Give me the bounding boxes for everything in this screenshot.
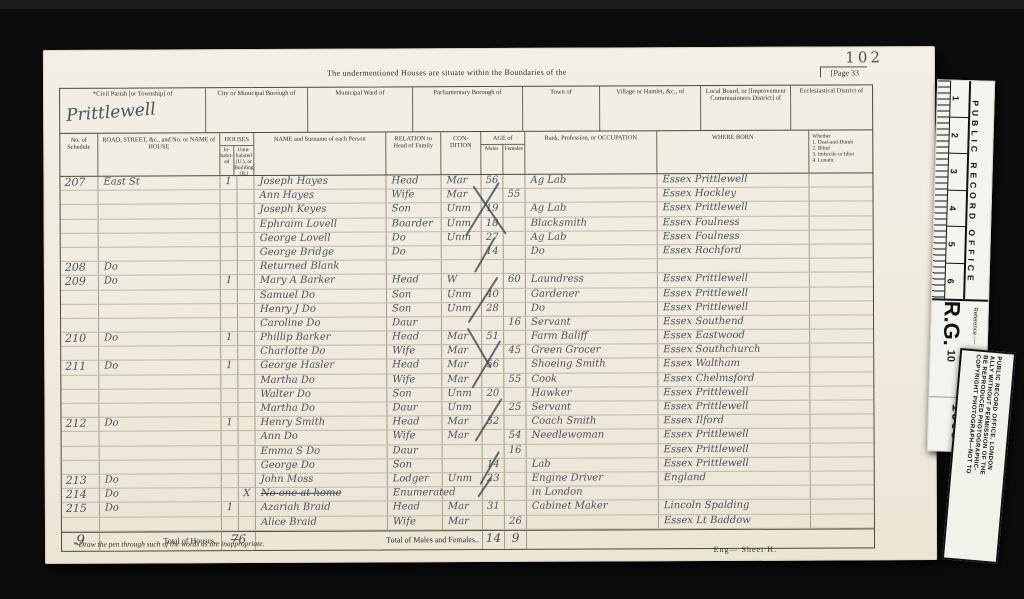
cell-relation: Daur (388, 445, 443, 458)
cell-occupation: Gardener (526, 288, 658, 302)
cell-occupation: Hawker (526, 387, 658, 401)
cell-infirmity (810, 386, 873, 399)
cell-schedule (62, 517, 100, 530)
cell-name: Mary A Barker (255, 275, 387, 289)
cell-relation: Head (387, 275, 442, 288)
cell-age-female: 16 (504, 317, 526, 330)
col-schedule: No. of Schedule (60, 134, 98, 176)
cell-road: Do (100, 488, 222, 502)
col-infirmity: Whether 1. Deaf-and-Dumb 2. Blind 3. Imb… (809, 130, 872, 172)
cell-name: Ann Hayes (254, 190, 386, 204)
cell-condition: Unm (442, 402, 482, 415)
cell-schedule (61, 248, 99, 261)
cell-age-female (505, 473, 527, 486)
cell-schedule (60, 191, 98, 204)
cell-condition: Mar (443, 501, 483, 514)
cell-name: George Bridge (255, 246, 387, 260)
cell-road (100, 517, 222, 531)
cell-relation: Son (387, 303, 442, 316)
cell-schedule: 212 (61, 418, 99, 431)
footnote: * Draw the pen through such of the words… (73, 539, 264, 549)
cell-relation: Head (388, 502, 443, 515)
col-relation: RELATION to Head of Family (386, 132, 441, 174)
cell-uninhabited (238, 247, 255, 260)
cell-inhabited (221, 318, 238, 331)
cell-infirmity (811, 457, 874, 470)
cell-age-male (483, 430, 505, 443)
cell-schedule (61, 205, 99, 218)
cell-uninhabited (238, 261, 255, 274)
cell-schedule (61, 233, 99, 246)
cell-occupation: Shoeing Smith (526, 359, 658, 373)
cell-schedule: 208 (61, 262, 99, 275)
cell-relation: Wife (387, 345, 442, 358)
cell-age-female (505, 459, 527, 472)
cell-road (99, 247, 221, 261)
cell-age-male (482, 260, 504, 273)
cell-where-born: Essex Lt Baddow (659, 514, 811, 528)
cell-schedule: 210 (61, 333, 99, 346)
cell-uninhabited (239, 460, 256, 473)
cell-age-female (504, 303, 526, 316)
cell-schedule (61, 290, 99, 303)
cell-uninhabited (237, 190, 254, 203)
cell-where-born: Essex Prittlewell (659, 443, 811, 457)
cell-road (99, 389, 221, 403)
table-rows: 207 East St 1 Joseph Hayes Head Mar 56 A… (60, 173, 874, 531)
cell-age-female: 16 (505, 444, 527, 457)
cell-inhabited: 1 (221, 332, 238, 345)
cell-road: Do (99, 275, 221, 289)
cell-occupation: Do (526, 245, 658, 259)
reference-series: R.G. (938, 300, 965, 346)
cell-schedule (61, 319, 99, 332)
cell-where-born: England (659, 472, 811, 486)
column-header-row: No. of Schedule ROAD, STREET, &c., and N… (60, 130, 872, 177)
cell-name: Alice Braid (256, 516, 388, 530)
cell-age-female: 54 (505, 430, 527, 443)
cell-inhabited (222, 517, 239, 530)
cell-uninhabited (237, 176, 254, 189)
cell-where-born: Essex Waltham (658, 358, 810, 372)
cell-infirmity (810, 202, 873, 215)
cell-age-male (483, 487, 505, 500)
total-males-females-label: Total of Males and Females.. (256, 531, 483, 550)
cell-age-female: 55 (503, 189, 525, 202)
cell-age-female (505, 487, 527, 500)
cell-road: Do (100, 474, 222, 488)
cell-uninhabited (238, 290, 255, 303)
page-label: [Page 33 (820, 66, 867, 77)
cell-relation: Head (387, 331, 442, 344)
cell-infirmity (810, 216, 873, 229)
cell-age-female (504, 246, 526, 259)
cell-relation: Do (387, 232, 442, 245)
cell-road: East St (98, 176, 220, 190)
cell-where-born: Essex Prittlewell (658, 401, 810, 415)
cell-name: Returned Blank (255, 261, 387, 275)
folio-stamp: 102 (845, 48, 883, 66)
cell-condition (443, 487, 483, 500)
cell-inhabited (221, 290, 238, 303)
cell-infirmity (810, 415, 873, 428)
cell-road: Do (99, 361, 221, 375)
cell-relation: Son (387, 204, 442, 217)
cell-uninhabited (238, 403, 255, 416)
cell-inhabited (221, 304, 238, 317)
cell-schedule: 207 (60, 177, 98, 190)
cell-inhabited (221, 233, 238, 246)
cell-uninhabited (239, 474, 256, 487)
cell-infirmity (811, 429, 874, 442)
cell-occupation: Laundress (526, 274, 658, 288)
cell-inhabited: 1 (221, 275, 238, 288)
cell-uninhabited (239, 517, 256, 530)
cell-where-born: Essex Prittlewell (658, 273, 810, 287)
cell-occupation: Ag Lab (526, 231, 658, 245)
cell-age-male (482, 374, 504, 387)
cell-road: Do (99, 332, 221, 346)
district-header-row: *Civil Parish [or Township] of Prittlewe… (60, 85, 872, 134)
col-age-males: Males (481, 145, 503, 174)
cell-age-female (504, 232, 526, 245)
cell-infirmity (811, 485, 874, 498)
cell-where-born: Lincoln Spalding (659, 500, 811, 514)
cell-relation: Head (387, 416, 442, 429)
cell-inhabited (222, 488, 239, 501)
cell-road: Do (100, 502, 222, 516)
cell-occupation: Cabinet Maker (527, 501, 659, 515)
cell-uninhabited (238, 389, 255, 402)
cell-where-born: Essex Prittlewell (659, 429, 811, 443)
cell-infirmity (811, 471, 874, 484)
cell-road (99, 346, 221, 360)
cell-occupation: Do (526, 302, 658, 316)
cell-relation: Daur (387, 402, 442, 415)
cell-schedule (61, 347, 99, 360)
cell-schedule: 215 (62, 503, 100, 516)
cell-condition: Unm (442, 388, 482, 401)
cell-infirmity (809, 188, 872, 201)
cell-relation: Son (387, 388, 442, 401)
cell-name: Emma S Do (256, 445, 388, 459)
cell-name: Azariah Braid (256, 502, 388, 516)
cell-name: John Moss (256, 473, 388, 487)
cell-uninhabited (238, 204, 255, 217)
cell-road (100, 432, 222, 446)
cell-uninhabited (238, 375, 255, 388)
cell-age-female (505, 501, 527, 514)
cell-road (99, 205, 221, 219)
cell-uninhabited: X (239, 488, 256, 501)
cell-age-female: 25 (504, 402, 526, 415)
cell-inhabited (222, 431, 239, 444)
cell-occupation: Ag Lab (525, 174, 657, 188)
cell-condition: W (442, 274, 482, 287)
cell-condition: Mar (442, 416, 482, 429)
cell-age-female: 45 (504, 345, 526, 358)
cell-road (99, 219, 221, 233)
cell-infirmity (810, 244, 873, 257)
cell-schedule (62, 460, 100, 473)
census-table: *Civil Parish [or Township] of Prittlewe… (59, 84, 875, 551)
cell-age-male: 28 (482, 303, 504, 316)
cell-name: George Hasler (255, 360, 387, 374)
field-town: Town of (523, 87, 600, 131)
total-females: 9 (505, 531, 527, 549)
cell-relation: Son (388, 459, 443, 472)
cell-infirmity (810, 230, 873, 243)
cell-condition: Mar (442, 345, 482, 358)
cell-uninhabited (238, 233, 255, 246)
cell-inhabited: 1 (221, 361, 238, 374)
sheet-label: Eng— Sheet H. (714, 545, 777, 554)
cell-occupation (526, 259, 658, 273)
photograph-background: 102 The undermentioned Houses are situat… (0, 0, 1024, 599)
cell-occupation: Blacksmith (526, 217, 658, 231)
field-parliamentary-borough: Parliamentary Borough of (413, 87, 523, 131)
cell-uninhabited (238, 332, 255, 345)
cell-occupation (525, 188, 657, 202)
cell-road (98, 190, 220, 204)
cell-schedule (62, 432, 100, 445)
total-males: 14 (483, 531, 505, 549)
cell-occupation (527, 515, 659, 529)
cell-name: Martha Do (255, 374, 387, 388)
cell-occupation: in London (527, 486, 659, 500)
cell-road (99, 233, 221, 247)
col-houses: HOUSES In-habit-ed Unin-habited (U.), or… (220, 133, 254, 175)
cell-condition: Mar (442, 359, 482, 372)
cell-relation: Boarder (387, 218, 442, 231)
cell-road (99, 403, 221, 417)
cell-where-born: Essex Prittlewell (658, 202, 810, 216)
col-road: ROAD, STREET, &c., and No. or NAME of HO… (98, 133, 220, 176)
cell-infirmity (810, 372, 873, 385)
col-where-born: WHERE BORN (657, 131, 809, 174)
cell-road: Do (99, 261, 221, 275)
cell-uninhabited (238, 360, 255, 373)
cell-name: Walter Do (255, 388, 387, 402)
cell-name: Ephraim Lovell (255, 218, 387, 232)
cell-name: No one at home (256, 488, 388, 502)
col-occupation: Rank, Profession, or OCCUPATION (525, 131, 657, 174)
cell-occupation: Ag Lab (526, 203, 658, 217)
table-topline: The undermentioned Houses are situate wi… (59, 66, 871, 86)
cell-condition (443, 459, 483, 472)
cell-infirmity (810, 315, 873, 328)
cell-age-female: 60 (504, 274, 526, 287)
cell-name: George Do (256, 459, 388, 473)
cell-where-born: Essex Rochford (658, 245, 810, 259)
cell-age-male: 31 (483, 501, 505, 514)
cell-condition (442, 246, 482, 259)
cell-age-female (504, 203, 526, 216)
cell-age-male (483, 515, 505, 528)
cell-where-born: Essex Ilford (658, 415, 810, 429)
cell-inhabited: 1 (222, 502, 239, 515)
cell-name: George Lovell (255, 232, 387, 246)
civil-parish-value: Prittlewell (66, 99, 157, 126)
col-age-females: Females (503, 145, 524, 174)
cell-road (99, 304, 221, 318)
cell-relation: Lodger (388, 473, 443, 486)
cell-occupation: Coach Smith (526, 415, 658, 429)
cell-road (100, 446, 222, 460)
cell-road (99, 318, 221, 332)
cell-name: Joseph Hayes (254, 175, 386, 189)
cell-uninhabited (238, 275, 255, 288)
cell-inhabited: 1 (221, 417, 238, 430)
cell-schedule (61, 219, 99, 232)
cell-uninhabited (238, 219, 255, 232)
cell-condition: Unm (443, 473, 483, 486)
cell-infirmity (810, 287, 873, 300)
field-local-board: Local Board, or [Improvement Commissione… (701, 86, 791, 130)
cell-age-female (504, 359, 526, 372)
cell-infirmity (810, 258, 873, 271)
cell-inhabited: 1 (220, 176, 237, 189)
field-ecclesiastical-district: Ecclesiastical District of (791, 85, 872, 129)
cell-condition: Mar (441, 175, 481, 188)
cell-where-born: Essex Foulness (658, 216, 810, 230)
cell-uninhabited (239, 502, 256, 515)
cell-age-female (503, 175, 525, 188)
cell-road (99, 375, 221, 389)
cell-age-male: 56 (481, 175, 503, 188)
cell-infirmity (810, 301, 873, 314)
cell-uninhabited (238, 318, 255, 331)
cell-occupation (527, 444, 659, 458)
cell-inhabited (221, 261, 238, 274)
cell-schedule: 211 (61, 361, 99, 374)
boundary-statement: The undermentioned Houses are situate wi… (327, 68, 567, 78)
cell-age-male (482, 317, 504, 330)
cell-name: Caroline Do (255, 317, 387, 331)
cell-where-born (658, 259, 810, 273)
cell-where-born (659, 486, 811, 500)
cell-infirmity (811, 500, 874, 513)
cell-infirmity (809, 173, 872, 186)
cell-occupation: Engine Driver (527, 472, 659, 486)
cell-inhabited (221, 375, 238, 388)
cell-age-female (504, 416, 526, 429)
col-uninhabited: Unin-habited (U.), or Building (B.) (234, 146, 253, 175)
cell-where-born: Essex Southchurch (658, 344, 810, 358)
cell-uninhabited (238, 417, 255, 430)
cell-relation: Son (387, 289, 442, 302)
cell-condition (442, 317, 482, 330)
cell-condition: Unm (442, 232, 482, 245)
cell-relation: Wife (386, 189, 441, 202)
cell-schedule: 213 (62, 475, 100, 488)
cell-name: Henry Smith (255, 417, 387, 431)
cell-where-born: Essex Prittlewell (658, 287, 810, 301)
cell-name: Ann Do (256, 431, 388, 445)
cell-relation: Daur (387, 317, 442, 330)
cell-condition: Unm (442, 203, 482, 216)
cell-infirmity (811, 443, 874, 456)
cell-name: Samuel Do (255, 289, 387, 303)
field-municipal-ward: Municipal Ward of (308, 87, 414, 131)
cell-where-born: Essex Prittlewell (658, 301, 810, 315)
cell-occupation: Servant (526, 401, 658, 415)
cell-inhabited (221, 204, 238, 217)
cell-where-born: Essex Prittlewell (658, 386, 810, 400)
cell-infirmity (810, 344, 873, 357)
cell-relation: Head (387, 360, 442, 373)
cell-inhabited (220, 190, 237, 203)
cell-age-female (504, 217, 526, 230)
col-condition: CON- DITION (441, 132, 481, 174)
census-page: 102 The undermentioned Houses are situat… (43, 46, 937, 564)
cell-occupation: Needlewoman (527, 430, 659, 444)
cell-where-born: Essex Hockley (657, 188, 809, 202)
cell-age-female (504, 331, 526, 344)
cell-condition (443, 445, 483, 458)
cell-occupation: Cook (526, 373, 658, 387)
cell-inhabited (221, 403, 238, 416)
cell-age-female: 55 (504, 373, 526, 386)
cell-where-born: Essex Southend (658, 315, 810, 329)
cell-schedule (61, 404, 99, 417)
cell-name: Henry J Do (255, 303, 387, 317)
cell-occupation: Lab (527, 458, 659, 472)
col-inhabited: In-habit-ed (220, 146, 234, 175)
cell-relation: Enumerated (388, 487, 443, 500)
cell-name: Charlotte Do (255, 346, 387, 360)
cell-age-female: 26 (505, 515, 527, 528)
cell-schedule (61, 375, 99, 388)
pro-office-label: PUBLIC RECORD OFFICE (965, 81, 994, 300)
cell-name: Martha Do (255, 402, 387, 416)
cell-infirmity (810, 273, 873, 286)
cell-road (99, 290, 221, 304)
cell-relation (387, 260, 442, 273)
cell-inhabited (221, 219, 238, 232)
photo-top-edge (0, 0, 1024, 9)
cell-inhabited (222, 446, 239, 459)
cell-relation: Wife (388, 516, 443, 529)
cell-age-male (483, 445, 505, 458)
cell-age-female (504, 388, 526, 401)
cell-relation: Do (387, 246, 442, 259)
cell-uninhabited (239, 446, 256, 459)
cell-where-born: Essex Prittlewell (659, 457, 811, 471)
cell-infirmity (811, 514, 874, 527)
cell-occupation: Farm Baliff (526, 330, 658, 344)
cell-occupation: Green Grocer (526, 345, 658, 359)
col-name: NAME and Surname of each Person (254, 132, 386, 175)
cell-road (100, 460, 222, 474)
cell-uninhabited (239, 431, 256, 444)
cell-infirmity (810, 358, 873, 371)
cell-uninhabited (238, 304, 255, 317)
cell-schedule (61, 304, 99, 317)
cell-where-born: Essex Eastwood (658, 330, 810, 344)
cell-occupation: Servant (526, 316, 658, 330)
cell-relation: Wife (387, 374, 442, 387)
field-village-hamlet: Village or Hamlet, &c., of (600, 86, 702, 130)
cell-schedule (61, 390, 99, 403)
field-city-borough: City or Municipal Borough of (206, 88, 308, 132)
cell-relation: Wife (388, 431, 443, 444)
cell-schedule: 214 (62, 489, 100, 502)
cell-age-male: 51 (482, 331, 504, 344)
cell-where-born: Essex Chelmsford (658, 372, 810, 386)
cell-condition: Mar (443, 516, 483, 529)
col-age: AGE of Males Females (481, 132, 525, 174)
